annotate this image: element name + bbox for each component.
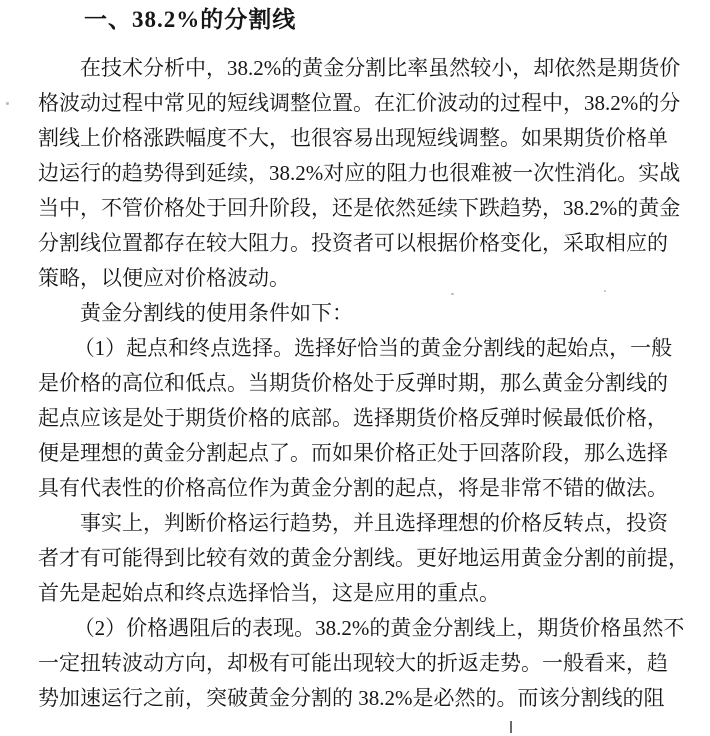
text-line: 起点应该是处于期货价格的底部。选择期货价格反弹时候最低价格， [38,401,675,436]
paragraph: （1）起点和终点选择。选择好恰当的黄金分割线的起始点，一般 是价格的高位和低点。… [38,331,675,506]
text-line: 在技术分析中，38.2%的黄金分割比率虽然较小，却依然是期货价 [38,51,675,86]
text-line: 具有代表性的价格高位作为黄金分割的起点，将是非常不错的做法。 [38,471,675,506]
scan-artifact-mark [510,721,512,733]
text-line: 策略，以便应对价格波动。 [38,261,675,296]
text-line: 首先是起始点和终点选择恰当，这是应用的重点。 [38,576,675,611]
text-line: 边运行的趋势得到延续，38.2%对应的阻力也很难被一次性消化。实战 [38,156,675,191]
text-line: 格波动过程中常见的短线调整位置。在汇价波动的过程中，38.2%的分 [38,86,675,121]
body-text: 在技术分析中，38.2%的黄金分割比率虽然较小，却依然是期货价 格波动过程中常见… [38,51,675,716]
text-line: 势加速运行之前，突破黄金分割的 38.2%是必然的。而该分割线的阻 [38,681,675,716]
text-line: 事实上，判断价格运行趋势，并且选择理想的价格反转点，投资 [38,506,675,541]
text-line: 一定扭转波动方向，却极有可能出现较大的折返走势。一般看来，趋 [38,646,675,681]
text-line: （2）价格遇阻后的表现。38.2%的黄金分割线上，期货价格虽然不 [38,611,675,646]
scanned-book-page: 一、38.2%的分割线 在技术分析中，38.2%的黄金分割比率虽然较小，却依然是… [0,0,710,736]
paragraph: 在技术分析中，38.2%的黄金分割比率虽然较小，却依然是期货价 格波动过程中常见… [38,51,675,296]
text-line: 黄金分割线的使用条件如下： [38,296,675,331]
text-line: 是价格的高位和低点。当期货价格处于反弹时期，那么黄金分割线的 [38,366,675,401]
paragraph: （2）价格遇阻后的表现。38.2%的黄金分割线上，期货价格虽然不 一定扭转波动方… [38,611,675,716]
scan-artifact-speck [6,102,9,105]
scan-artifact-speck [451,293,454,295]
paragraph: 事实上，判断价格运行趋势，并且选择理想的价格反转点，投资 者才有可能得到比较有效… [38,506,675,611]
text-line: 便是理想的黄金分割起点了。而如果价格正处于回落阶段，那么选择 [38,436,675,471]
scan-artifact-speck [604,290,606,292]
text-line: 割线上价格涨跌幅度不大，也很容易出现短线调整。如果期货价格单 [38,121,675,156]
text-line: 者才有可能得到比较有效的黄金分割线。更好地运用黄金分割的前提， [38,541,675,576]
text-line: （1）起点和终点选择。选择好恰当的黄金分割线的起始点，一般 [38,331,675,366]
text-line: 分割线位置都存在较大阻力。投资者可以根据价格变化，采取相应的 [38,226,675,261]
section-heading: 一、38.2%的分割线 [84,5,296,35]
paragraph: 黄金分割线的使用条件如下： [38,296,675,331]
text-line: 当中，不管价格处于回升阶段，还是依然延续下跌趋势，38.2%的黄金 [38,191,675,226]
